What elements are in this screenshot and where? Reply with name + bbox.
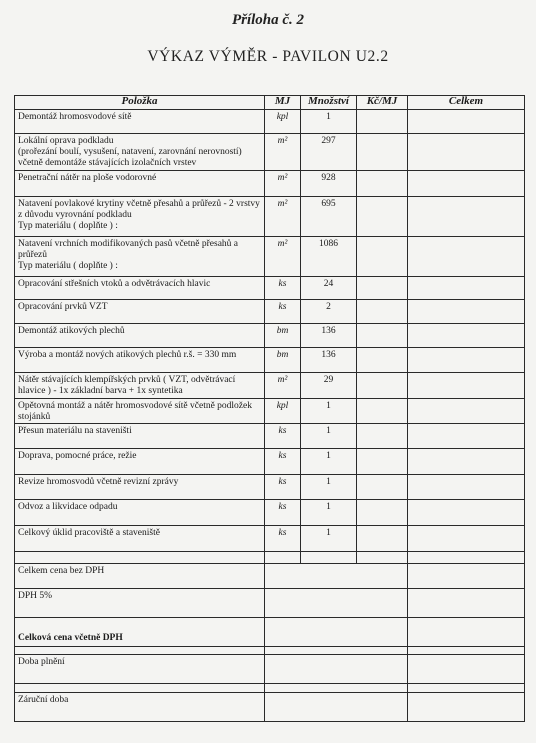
- item-quantity: 24: [301, 277, 357, 300]
- table-row: Přesun materiálu na staveništiks1: [15, 424, 525, 449]
- table-row: Opracování prvků VZTks2: [15, 300, 525, 324]
- summary-label: Celková cena včetně DPH: [15, 618, 265, 647]
- item-total-cell[interactable]: [408, 424, 525, 449]
- item-total-cell[interactable]: [408, 237, 525, 277]
- summary-value-cell[interactable]: [408, 655, 525, 684]
- item-unit: m²: [265, 197, 301, 237]
- item-total-cell[interactable]: [408, 399, 525, 424]
- summary-value-cell[interactable]: [408, 693, 525, 722]
- table-body: Demontáž hromosvodové sítěkpl1Lokální op…: [15, 110, 525, 552]
- item-total-cell[interactable]: [408, 526, 525, 552]
- appendix-label: Příloha č. 2: [0, 12, 536, 29]
- header-quantity: Množství: [301, 96, 357, 110]
- item-quantity: 29: [301, 373, 357, 399]
- item-unit-price-cell[interactable]: [357, 237, 408, 277]
- item-quantity: 1: [301, 500, 357, 526]
- spacer-row: [15, 552, 525, 564]
- summary-middle-cell[interactable]: [265, 693, 408, 722]
- item-unit: m²: [265, 237, 301, 277]
- item-description: Nátěr stávajících klempířských prvků ( V…: [15, 373, 265, 399]
- table-row: Opětovná montáž a nátěr hromosvodové sít…: [15, 399, 525, 424]
- item-unit-price-cell[interactable]: [357, 449, 408, 475]
- item-quantity: 136: [301, 348, 357, 373]
- item-unit: m²: [265, 373, 301, 399]
- item-total-cell[interactable]: [408, 300, 525, 324]
- item-unit: bm: [265, 324, 301, 348]
- header-total: Celkem: [408, 96, 525, 110]
- table-row: Opracování střešních vtoků a odvětrávací…: [15, 277, 525, 300]
- summary-label: Záruční doba: [15, 693, 265, 722]
- item-description: Lokální oprava podkladu(prořezání boulí,…: [15, 134, 265, 171]
- table-row: Revize hromosvodů včetně revizní zprávyk…: [15, 475, 525, 500]
- summary-row-completion-time: Doba plnění: [15, 655, 525, 684]
- summary-label: DPH 5%: [15, 589, 265, 618]
- item-description: Celkový úklid pracoviště a staveniště: [15, 526, 265, 552]
- item-total-cell[interactable]: [408, 110, 525, 134]
- item-unit-price-cell[interactable]: [357, 300, 408, 324]
- item-unit: ks: [265, 300, 301, 324]
- item-description: Přesun materiálu na staveništi: [15, 424, 265, 449]
- item-unit-price-cell[interactable]: [357, 526, 408, 552]
- item-unit-price-cell[interactable]: [357, 373, 408, 399]
- item-quantity: 695: [301, 197, 357, 237]
- item-description: Demontáž atikových plechů: [15, 324, 265, 348]
- table-row: Penetrační nátěr na ploše vodorovném²928: [15, 171, 525, 197]
- table-row: Nátěr stávajících klempířských prvků ( V…: [15, 373, 525, 399]
- item-unit-price-cell[interactable]: [357, 324, 408, 348]
- item-unit: ks: [265, 277, 301, 300]
- summary-value-cell[interactable]: [408, 589, 525, 618]
- item-description: Natavení vrchních modifikovaných pasů vč…: [15, 237, 265, 277]
- item-total-cell[interactable]: [408, 500, 525, 526]
- item-description: Opracování prvků VZT: [15, 300, 265, 324]
- item-description: Revize hromosvodů včetně revizní zprávy: [15, 475, 265, 500]
- table-row: Natavení vrchních modifikovaných pasů vč…: [15, 237, 525, 277]
- item-quantity: 1: [301, 526, 357, 552]
- table-row: Odvoz a likvidace odpaduks1: [15, 500, 525, 526]
- item-unit-price-cell[interactable]: [357, 348, 408, 373]
- summary-label: Doba plnění: [15, 655, 265, 684]
- header-unit: MJ: [265, 96, 301, 110]
- item-total-cell[interactable]: [408, 373, 525, 399]
- table-row: Doprava, pomocné práce, režieks1: [15, 449, 525, 475]
- item-quantity: 1: [301, 110, 357, 134]
- item-unit-price-cell[interactable]: [357, 110, 408, 134]
- item-unit-price-cell[interactable]: [357, 399, 408, 424]
- item-description: Výroba a montáž nových atikových plechů …: [15, 348, 265, 373]
- table-row: Lokální oprava podkladu(prořezání boulí,…: [15, 134, 525, 171]
- item-quantity: 1: [301, 424, 357, 449]
- summary-middle-cell[interactable]: [265, 618, 408, 647]
- table-row: Celkový úklid pracoviště a staveništěks1: [15, 526, 525, 552]
- item-total-cell[interactable]: [408, 277, 525, 300]
- item-quantity: 1: [301, 399, 357, 424]
- header-unit-price: Kč/MJ: [357, 96, 408, 110]
- item-unit: ks: [265, 500, 301, 526]
- item-description: Demontáž hromosvodové sítě: [15, 110, 265, 134]
- table-row: Demontáž hromosvodové sítěkpl1: [15, 110, 525, 134]
- summary-row-vat: DPH 5%: [15, 589, 525, 618]
- item-description: Doprava, pomocné práce, režie: [15, 449, 265, 475]
- item-unit: bm: [265, 348, 301, 373]
- item-total-cell[interactable]: [408, 197, 525, 237]
- item-description: Penetrační nátěr na ploše vodorovné: [15, 171, 265, 197]
- item-quantity: 1: [301, 449, 357, 475]
- summary-row-warranty: Záruční doba: [15, 693, 525, 722]
- item-unit-price-cell[interactable]: [357, 171, 408, 197]
- item-total-cell[interactable]: [408, 449, 525, 475]
- item-unit: ks: [265, 475, 301, 500]
- summary-middle-cell[interactable]: [265, 589, 408, 618]
- item-total-cell[interactable]: [408, 171, 525, 197]
- item-unit-price-cell[interactable]: [357, 197, 408, 237]
- summary-label: Celkem cena bez DPH: [15, 564, 265, 589]
- summary-middle-cell[interactable]: [265, 564, 408, 589]
- spacer-row: [15, 684, 525, 693]
- item-quantity: 2: [301, 300, 357, 324]
- item-unit-price-cell[interactable]: [357, 277, 408, 300]
- item-unit: m²: [265, 171, 301, 197]
- item-quantity: 136: [301, 324, 357, 348]
- item-total-cell[interactable]: [408, 475, 525, 500]
- summary-middle-cell[interactable]: [265, 655, 408, 684]
- document-title: VÝKAZ VÝMĚR - PAVILON U2.2: [0, 48, 536, 66]
- spacer-row: [15, 647, 525, 655]
- header-item: Položka: [15, 96, 265, 110]
- item-unit-price-cell[interactable]: [357, 475, 408, 500]
- item-unit-price-cell[interactable]: [357, 500, 408, 526]
- item-quantity: 1086: [301, 237, 357, 277]
- item-description: Odvoz a likvidace odpadu: [15, 500, 265, 526]
- item-description: Natavení povlakové krytiny včetně přesah…: [15, 197, 265, 237]
- table-row: Výroba a montáž nových atikových plechů …: [15, 348, 525, 373]
- summary-row-total-with-vat: Celková cena včetně DPH: [15, 618, 525, 647]
- item-total-cell[interactable]: [408, 324, 525, 348]
- item-unit-price-cell[interactable]: [357, 424, 408, 449]
- summary-value-cell[interactable]: [408, 564, 525, 589]
- table-row: Demontáž atikových plechůbm136: [15, 324, 525, 348]
- item-description: Opětovná montáž a nátěr hromosvodové sít…: [15, 399, 265, 424]
- table-row: Natavení povlakové krytiny včetně přesah…: [15, 197, 525, 237]
- bill-of-quantities-table: Položka MJ Množství Kč/MJ Celkem Demontá…: [14, 95, 525, 722]
- item-quantity: 297: [301, 134, 357, 171]
- item-description: Opracování střešních vtoků a odvětrávací…: [15, 277, 265, 300]
- item-unit: kpl: [265, 399, 301, 424]
- item-unit: ks: [265, 526, 301, 552]
- item-total-cell[interactable]: [408, 134, 525, 171]
- item-unit: ks: [265, 449, 301, 475]
- item-quantity: 928: [301, 171, 357, 197]
- item-unit: ks: [265, 424, 301, 449]
- item-unit-price-cell[interactable]: [357, 134, 408, 171]
- summary-body: Celkem cena bez DPH DPH 5% Celková cena …: [15, 552, 525, 722]
- item-total-cell[interactable]: [408, 348, 525, 373]
- summary-value-cell[interactable]: [408, 618, 525, 647]
- summary-row-total-without-vat: Celkem cena bez DPH: [15, 564, 525, 589]
- item-unit: m²: [265, 134, 301, 171]
- item-unit: kpl: [265, 110, 301, 134]
- item-quantity: 1: [301, 475, 357, 500]
- table-header-row: Položka MJ Množství Kč/MJ Celkem: [15, 96, 525, 110]
